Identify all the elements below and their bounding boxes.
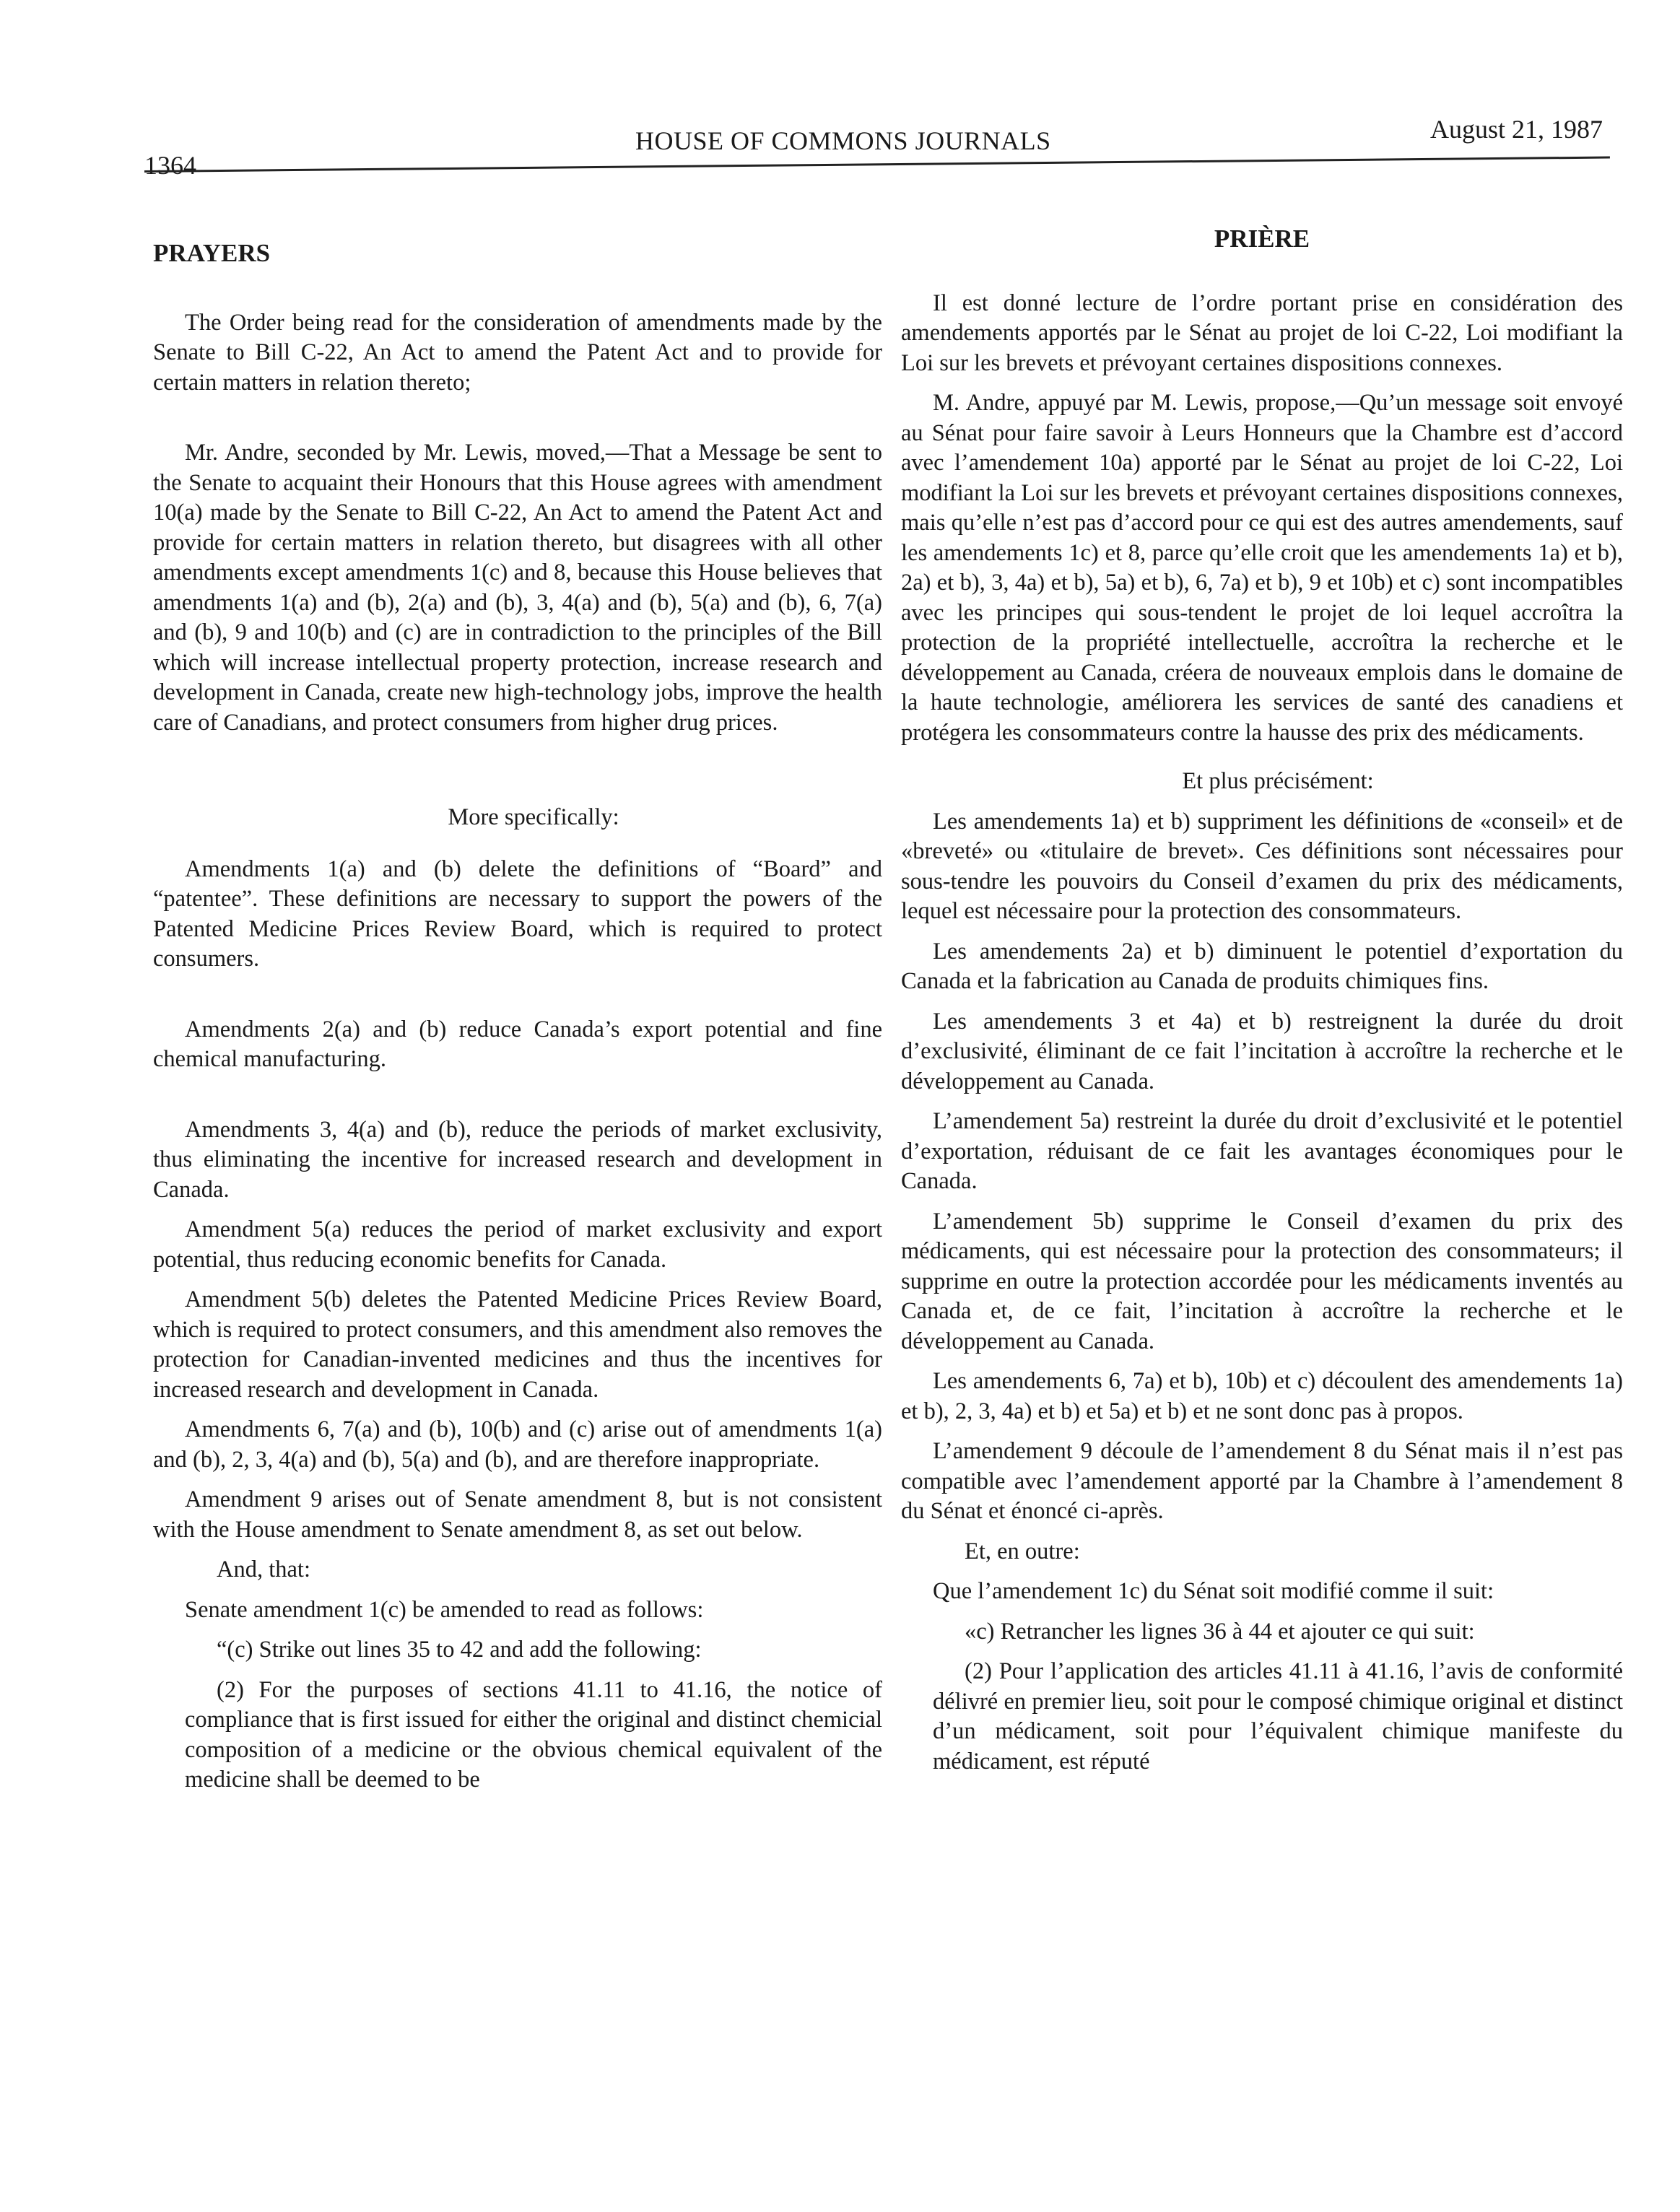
- page-header: 1364 HOUSE OF COMMONS JOURNALS August 21…: [144, 123, 1603, 180]
- section-heading-prayers: PRAYERS: [153, 238, 882, 269]
- page-number: 1364: [144, 150, 196, 180]
- motion-paragraph: Mr. Andre, seconded by Mr. Lewis, moved,…: [153, 438, 882, 738]
- subsection-2-paragraph-fr: (2) Pour l’application des articles 41.1…: [901, 1657, 1623, 1777]
- english-column: PRAYERS The Order being read for the con…: [153, 238, 882, 1795]
- amendment-paragraph-fr: Les amendements 3 et 4a) et b) restreign…: [901, 1007, 1623, 1097]
- amendment-paragraph-fr: Les amendements 1a) et b) suppriment les…: [901, 807, 1623, 927]
- amendment-paragraph-fr: L’amendement 5a) restreint la durée du d…: [901, 1107, 1623, 1197]
- subsection-2-paragraph: (2) For the purposes of sections 41.11 t…: [153, 1676, 882, 1795]
- amendment-paragraph-fr: Les amendements 2a) et b) diminuent le p…: [901, 937, 1623, 997]
- journal-title: HOUSE OF COMMONS JOURNALS: [635, 126, 1051, 156]
- and-that-label: And, that:: [153, 1555, 882, 1585]
- senate-amendment-paragraph: Senate amendment 1(c) be amended to read…: [153, 1595, 882, 1626]
- french-column: PRIÈRE Il est donné lecture de l’ordre p…: [901, 224, 1623, 1777]
- section-heading-priere: PRIÈRE: [901, 224, 1623, 254]
- amendment-paragraph-fr: Les amendements 6, 7a) et b), 10b) et c)…: [901, 1367, 1623, 1427]
- amendment-paragraph-fr: L’amendement 5b) supprime le Conseil d’e…: [901, 1207, 1623, 1357]
- amendment-paragraph: Amendment 5(a) reduces the period of mar…: [153, 1215, 882, 1275]
- order-paragraph-fr: Il est donné lecture de l’ordre portant …: [901, 289, 1623, 379]
- strike-out-paragraph: “(c) Strike out lines 35 to 42 and add t…: [153, 1635, 882, 1665]
- and-that-label-fr: Et, en outre:: [901, 1537, 1623, 1567]
- senate-amendment-paragraph-fr: Que l’amendement 1c) du Sénat soit modif…: [901, 1577, 1623, 1607]
- subheading-plus-precisement: Et plus précisément:: [901, 767, 1623, 797]
- subheading-more-specifically: More specifically:: [153, 803, 882, 833]
- amendment-paragraph: Amendments 6, 7(a) and (b), 10(b) and (c…: [153, 1415, 882, 1475]
- amendment-paragraph: Amendment 9 arises out of Senate amendme…: [153, 1485, 882, 1545]
- header-date: August 21, 1987: [1430, 114, 1603, 144]
- amendment-paragraph: Amendment 5(b) deletes the Patented Medi…: [153, 1285, 882, 1405]
- amendment-paragraph: Amendments 3, 4(a) and (b), reduce the p…: [153, 1115, 882, 1206]
- amendment-paragraph: Amendments 2(a) and (b) reduce Canada’s …: [153, 1015, 882, 1075]
- amendment-paragraph: Amendments 1(a) and (b) delete the defin…: [153, 855, 882, 975]
- amendment-paragraph-fr: L’amendement 9 découle de l’amendement 8…: [901, 1437, 1623, 1527]
- strike-out-paragraph-fr: «c) Retrancher les lignes 36 à 44 et ajo…: [901, 1617, 1623, 1647]
- motion-paragraph-fr: M. Andre, appuyé par M. Lewis, propose,—…: [901, 388, 1623, 748]
- order-paragraph: The Order being read for the considerati…: [153, 308, 882, 399]
